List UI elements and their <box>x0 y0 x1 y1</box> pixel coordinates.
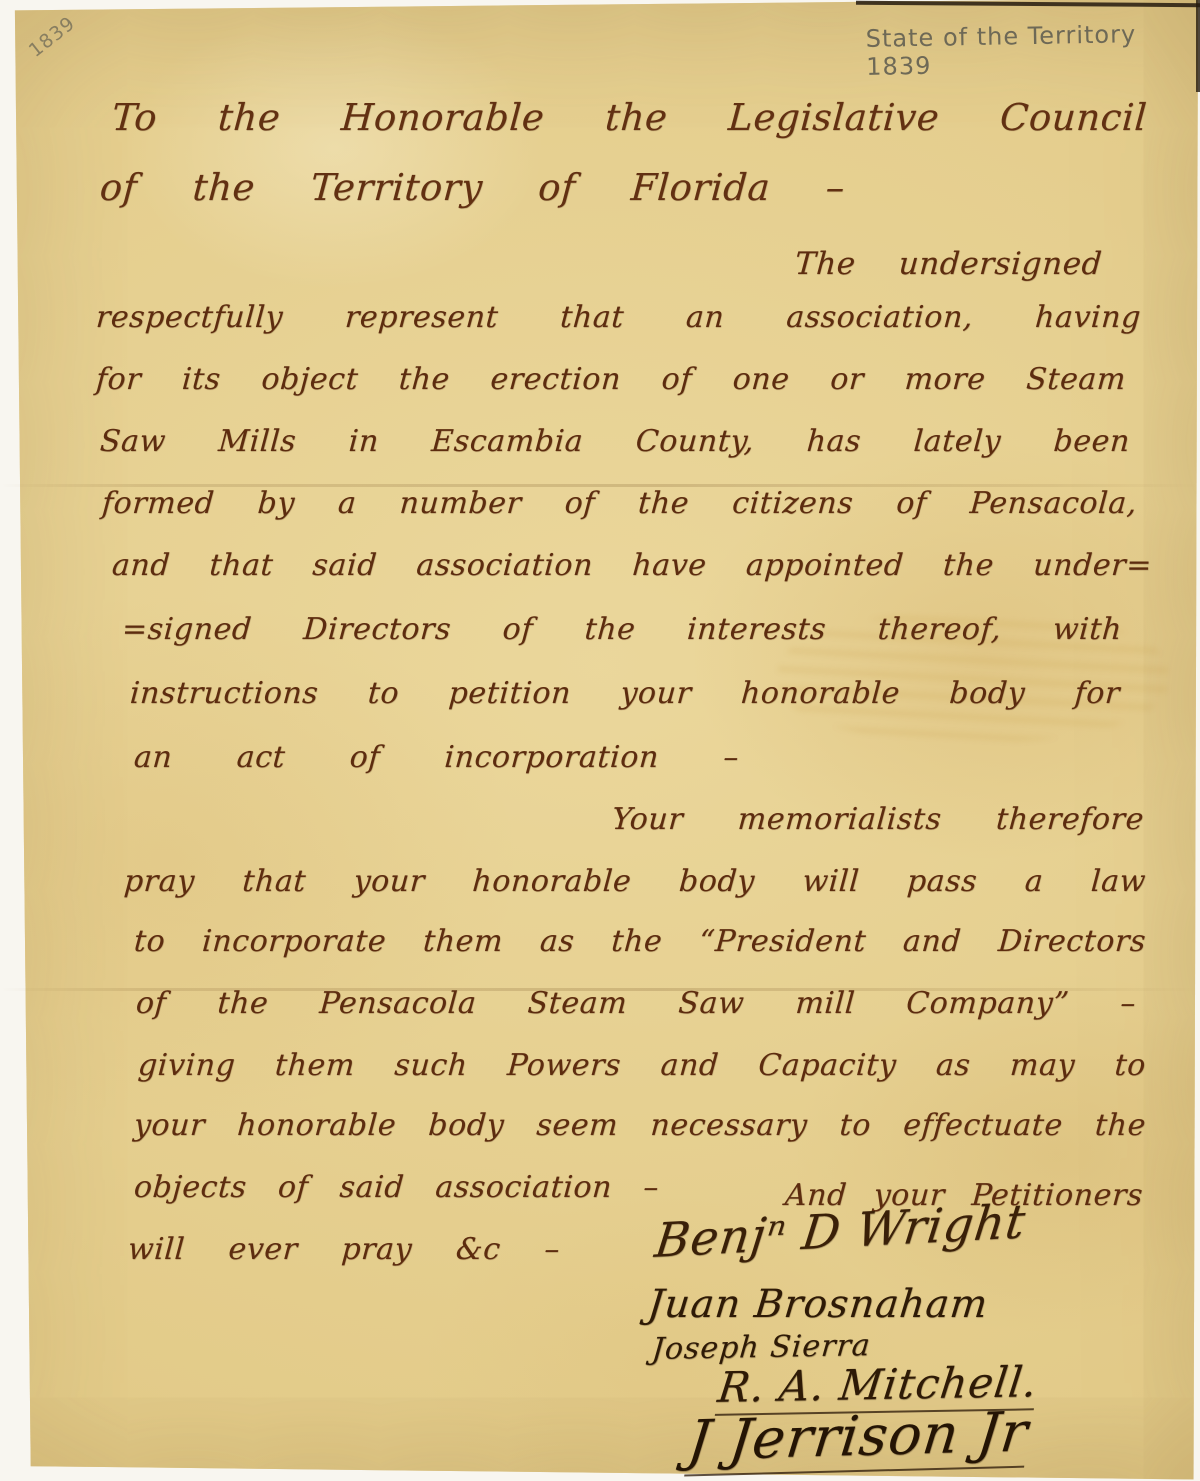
closing-line: will ever pray &c – <box>127 1232 561 1267</box>
signature: Juan Brosnaham <box>646 1282 991 1327</box>
letter-body-line: formed by a number of the citizens of Pe… <box>101 486 1138 521</box>
letter-body-line: respectfully represent that an associati… <box>95 300 1142 335</box>
letter-heading-line: To the Honorable the Legislative Council <box>110 96 1148 139</box>
letter-body-line: Your memorialists therefore <box>611 802 1145 837</box>
letter-body-line: of the Pensacola Steam Saw mill Company”… <box>135 986 1137 1021</box>
letter-heading-line: of the Territory of Florida – <box>98 166 846 209</box>
letter-body-line: and that said association have appointed… <box>111 548 1153 583</box>
letter-body-line: objects of said association – <box>133 1170 660 1205</box>
letter-body-line: to incorporate them as the “President an… <box>133 924 1147 959</box>
letter-body-line: for its object the erection of one or mo… <box>95 362 1127 397</box>
letter-body-line: your honorable body seem necessary to ef… <box>133 1108 1147 1143</box>
letter-body-line: instructions to petition your honorable … <box>129 676 1121 711</box>
letter-body-line: =signed Directors of the interests there… <box>121 612 1123 647</box>
archival-pencil-note: State of the Territory 1839 <box>866 19 1200 81</box>
letter-body-line: pray that your honorable body will pass … <box>123 864 1147 899</box>
letter-body-line: an act of incorporation – <box>133 740 740 775</box>
letter-body-line: The undersigned <box>794 246 1104 282</box>
letter-body-line: Saw Mills in Escambia County, has lately… <box>99 424 1131 459</box>
signature: J Jerrison Jr <box>684 1399 1032 1476</box>
letter-body-line: giving them such Powers and Capacity as … <box>137 1048 1147 1083</box>
